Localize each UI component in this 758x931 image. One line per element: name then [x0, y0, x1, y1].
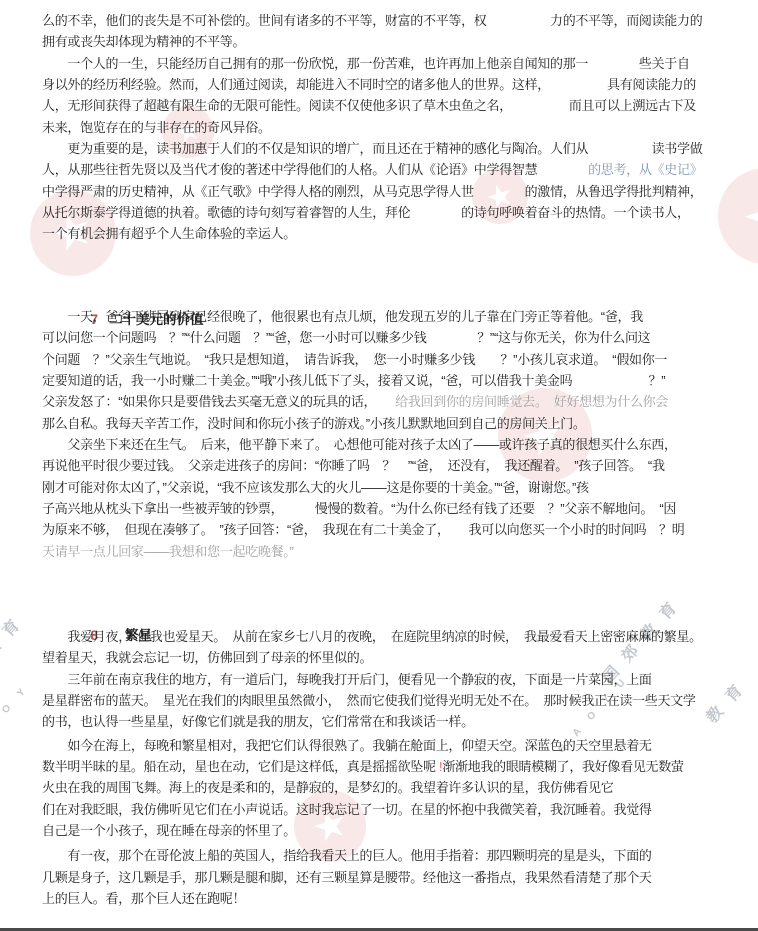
text-line: 身以外的经历利经验。然而，人们通过阅读，却能进入不同时空的诸多他人的世界。这样，…	[42, 74, 732, 95]
text-line: 可以问您一个问题吗 ？”“什么问题 ？”“爸，您一小时可以赚多少钱 ？”“这与你…	[42, 327, 732, 348]
text-line: 的书，也认得一些星星，好像它们就是我的朋友，它们常常在和我谈话一样。	[42, 711, 732, 732]
intro-paragraphs: 么的不幸，他们的丧失是不可补偿的。世间有诸多的不平等，财富的不平等，权 力的不平…	[42, 10, 732, 245]
text-run: 有一夜，那个在哥伦波上船的英国人，指给我看天上的巨人。他用手指着：那四颗明亮的星…	[42, 848, 652, 863]
text-line: 数半明半昧的星。船在动，星也在动，它们是这样低，真是摇摇欲坠呢 !渐渐地我的眼睛…	[42, 756, 732, 777]
text-run: 我爱月夜， 但我也爱星天。 从前在家乡七八月的夜晚， 在庭院里纳凉的时候， 我最…	[42, 629, 702, 644]
text-line: 那么自私。我每天辛苦工作，没时间和你玩小孩子的游戏。”小孩儿默默地回到自己的房间…	[42, 413, 732, 434]
text-run: 火虫在我的周围飞舞。海上的夜是柔和的，是静寂的，是梦幻的。我望着许多认识的星，我…	[42, 780, 614, 795]
text-line: 刚才可能对你太凶了，”父亲说，“我不应该发那么大的火儿——这是你要的十美金。”“…	[42, 477, 732, 498]
text-run: 刚才可能对你太凶了，”父亲说，“我不应该发那么大的火儿——这是你要的十美金。”“…	[42, 480, 589, 495]
document-page: ★★★★★★郊 教 育☆ A O Y国 郊 教 育G A O Y U教 育 么的…	[0, 0, 758, 931]
text-line: 有一夜，那个在哥伦波上船的英国人，指给我看天上的巨人。他用手指着：那四颗明亮的星…	[42, 845, 732, 866]
text-run: 的书，也认得一些星星，好像它们就是我的朋友，它们常常在和我谈话一样。	[42, 714, 474, 729]
text-line: 个问题 ？”父亲生气地说。 “我只是想知道， 请告诉我， 您一小时赚多少钱 ？”…	[42, 349, 732, 370]
text-run: 是星群密布的蓝天。 星光在我们的肉眼里虽然微小， 然而它使我们觉得光明无处不在。…	[42, 693, 696, 708]
section-8-body: 我爱月夜， 但我也爱星天。 从前在家乡七八月的夜晚， 在庭院里纳凉的时候， 我最…	[42, 626, 732, 909]
document-text-column: 么的不幸，他们的丧失是不可补偿的。世间有诸多的不平等，财富的不平等，权 力的不平…	[0, 0, 758, 931]
text-run: 么的不幸，他们的丧失是不可补偿的。世间有诸多的不平等，财富的不平等，权 力的不平…	[42, 13, 702, 28]
text-run: 个问题 ？”父亲生气地说。 “我只是想知道， 请告诉我， 您一小时赚多少钱 ？”…	[42, 352, 667, 367]
text-line: 定要知道的话，我一小时赚二十美金。”“哦”小孩儿低下了头，接着又说，“爸，可以借…	[42, 370, 732, 391]
paragraph: 我爱月夜， 但我也爱星天。 从前在家乡七八月的夜晚， 在庭院里纳凉的时候， 我最…	[42, 626, 732, 669]
text-run: 们在对我眨眼，我仿佛听见它们在小声说话。这时我忘记了一切。在星的怀抱中我微笑着，…	[42, 802, 652, 817]
text-line: 火虫在我的周围飞舞。海上的夜是柔和的，是静寂的，是梦幻的。我望着许多认识的星，我…	[42, 777, 732, 798]
text-run: 一个有机会拥有超乎个人生命体验的幸运人。	[42, 226, 296, 241]
text-line: 人，无形间获得了超越有限生命的无限可能性。阅读不仅使他多识了草木虫鱼之名， 而且…	[42, 95, 732, 116]
text-line: 我爱月夜， 但我也爱星天。 从前在家乡七八月的夜晚， 在庭院里纳凉的时候， 我最…	[42, 626, 732, 647]
text-run: 中学得严肃的历史精神，从《正气歌》中学得人格的刚烈，从马克思学得人世 的激情，从…	[42, 184, 702, 199]
text-line: 子高兴地从枕头下拿出一些被弄皱的钞票， 慢慢的数着。“为什么你已经有钱了还要 ？…	[42, 498, 732, 519]
text-line: 一个人的一生，只能经历自己拥有的那一份欣悦，那一份苦难，也许再加上他亲自闻知的那…	[42, 53, 732, 74]
paragraph: 三年前在南京我住的地方，有一道后门，每晚我打开后门，便看见一个静寂的夜，下面是一…	[42, 669, 732, 733]
text-run: 数半明半昧的星。船在动，星也在动，它们是这样低，真是摇摇欲坠呢	[42, 759, 439, 774]
text-run: 从托尔斯泰学得道德的执着。歌德的诗句刻写着睿智的人生，拜伦 的诗句呼唤着奋斗的热…	[42, 205, 690, 220]
highlighted-text-run: 的思考，从《史记》	[588, 162, 702, 177]
text-run: 父亲发怒了：“如果你只是要借钱去买毫无意义的玩具的话，	[42, 394, 395, 409]
text-line: 望着星天，我就会忘记一切，仿佛回到了母亲的怀里似的。	[42, 647, 732, 668]
text-line: 一天，爸爸下班回到家已经很晚了，他很累也有点儿烦，他发现五岁的儿子靠在门旁正等着…	[42, 306, 732, 327]
section-8-title: 8繁星	[42, 604, 758, 625]
text-run: 未来，饱览存在的与非存在的奇风异俗。	[42, 120, 271, 135]
text-run: 子高兴地从枕头下拿出一些被弄皱的钞票， 慢慢的数着。“为什么你已经有钱了还要 ？…	[42, 501, 676, 516]
text-run: 几颗是身子，这几颗是手，那几颗是腿和脚，还有三颗星算是腰带。经他这一番指点，我果…	[42, 870, 652, 885]
text-line: 中学得严肃的历史精神，从《正气歌》中学得人格的刚烈，从马克思学得人世 的激情，从…	[42, 181, 732, 202]
text-run: 再说他平时很少要过钱。 父亲走进孩子的房间：“你睡了吗 ？ ”“爸， 还没有， …	[42, 458, 665, 473]
text-line: 一个有机会拥有超乎个人生命体验的幸运人。	[42, 223, 732, 244]
text-line: 如今在海上，每晚和繁星相对，我把它们认得很熟了。我躺在舱面上，仰望天空。深蓝色的…	[42, 735, 732, 756]
text-run: 人，从那些往哲先贤以及当代才俊的著述中学得他们的人格。人们从《论语》中学得智慧	[42, 162, 588, 177]
text-line: 们在对我眨眼，我仿佛听见它们在小声说话。这时我忘记了一切。在星的怀抱中我微笑着，…	[42, 799, 732, 820]
text-line: 自己是一个小孩子，现在睡在母亲的怀里了。	[42, 820, 732, 841]
text-run: 可以问您一个问题吗 ？”“什么问题 ？”“爸，您一小时可以赚多少钱 ？”“这与你…	[42, 330, 650, 345]
text-line: 几颗是身子，这几颗是手，那几颗是腿和脚，还有三颗星算是腰带。经他这一番指点，我果…	[42, 867, 732, 888]
text-run: 如今在海上，每晚和繁星相对，我把它们认得很熟了。我躺在舱面上，仰望天空。深蓝色的…	[42, 738, 652, 753]
highlighted-text-run: 给我回到你的房间睡觉去。 好好想想为什么你会	[395, 394, 668, 409]
text-line: 人，从那些往哲先贤以及当代才俊的著述中学得他们的人格。人们从《论语》中学得智慧 …	[42, 159, 732, 180]
text-run: 一天，爸爸下班回到家已经很晚了，他很累也有点儿烦，他发现五岁的儿子靠在门旁正等着…	[42, 309, 643, 324]
text-line: 父亲发怒了：“如果你只是要借钱去买毫无意义的玩具的话， 给我回到你的房间睡觉去。…	[42, 391, 732, 412]
text-line: 上的巨人。看，那个巨人还在跑呢！	[42, 888, 732, 909]
text-line: 天请早一点儿回家——我想和您一起吃晚餐。”	[42, 541, 732, 562]
text-run: 为原来不够， 但现在凑够了。 ”孩子回答：“爸， 我现在有二十美金了， 我可以向…	[42, 522, 684, 537]
text-line: 拥有或丧失却体现为精神的不平等。	[42, 31, 732, 52]
text-line: 未来，饱览存在的与非存在的奇风异俗。	[42, 117, 732, 138]
text-run: 自己是一个小孩子，现在睡在母亲的怀里了。	[42, 823, 296, 838]
text-line: 更为重要的是，读书加惠于人们的不仅是知识的增广，而且还在于精神的感化与陶冶。人们…	[42, 138, 732, 159]
text-run: 三年前在南京我住的地方，有一道后门，每晚我打开后门，便看见一个静寂的夜，下面是一…	[42, 672, 652, 687]
text-line: 为原来不够， 但现在凑够了。 ”孩子回答：“爸， 我现在有二十美金了， 我可以向…	[42, 519, 732, 540]
text-run: 父亲坐下来还在生气。 后来，他平静下来了。 心想他可能对孩子太凶了——或许孩子真…	[42, 437, 677, 452]
highlighted-text-run: 天请早一点儿回家——我想和您一起吃晚餐。”	[42, 544, 294, 559]
text-line: 父亲坐下来还在生气。 后来，他平静下来了。 心想他可能对孩子太凶了——或许孩子真…	[42, 434, 732, 455]
text-line: 是星群密布的蓝天。 星光在我们的肉眼里虽然微小， 然而它使我们觉得光明无处不在。…	[42, 690, 732, 711]
text-line: 再说他平时很少要过钱。 父亲走进孩子的房间：“你睡了吗 ？ ”“爸， 还没有， …	[42, 455, 732, 476]
text-line: 从托尔斯泰学得道德的执着。歌德的诗句刻写着睿智的人生，拜伦 的诗句呼唤着奋斗的热…	[42, 202, 732, 223]
text-run: 更为重要的是，读书加惠于人们的不仅是知识的增广，而且还在于精神的感化与陶冶。人们…	[42, 141, 702, 156]
text-run: 一个人的一生，只能经历自己拥有的那一份欣悦，那一份苦难，也许再加上他亲自闻知的那…	[42, 56, 690, 71]
section-7-body: 一天，爸爸下班回到家已经很晚了，他很累也有点儿烦，他发现五岁的儿子靠在门旁正等着…	[42, 306, 732, 562]
text-run: 那么自私。我每天辛苦工作，没时间和你玩小孩子的游戏。”小孩儿默默地回到自己的房间…	[42, 416, 586, 431]
text-run: 渐渐地我的眼睛模糊了，我好像看见无数萤	[442, 759, 683, 774]
text-run: 望着星天，我就会忘记一切，仿佛回到了母亲的怀里似的。	[42, 650, 372, 665]
text-run: 身以外的经历利经验。然而，人们通过阅读，却能进入不同时空的诸多他人的世界。这样，…	[42, 77, 696, 92]
text-run: 人，无形间获得了超越有限生命的无限可能性。阅读不仅使他多识了草木虫鱼之名， 而且…	[42, 98, 696, 113]
text-run: 上的巨人。看，那个巨人还在跑呢！	[42, 891, 245, 906]
paragraph: 有一夜，那个在哥伦波上船的英国人，指给我看天上的巨人。他用手指着：那四颗明亮的星…	[42, 845, 732, 909]
text-run: 定要知道的话，我一小时赚二十美金。”“哦”小孩儿低下了头，接着又说，“爸，可以借…	[42, 373, 665, 388]
paragraph: 如今在海上，每晚和繁星相对，我把它们认得很熟了。我躺在舱面上，仰望天空。深蓝色的…	[42, 735, 732, 842]
text-line: 三年前在南京我住的地方，有一道后门，每晚我打开后门，便看见一个静寂的夜，下面是一…	[42, 669, 732, 690]
text-run: 拥有或丧失却体现为精神的不平等。	[42, 34, 245, 49]
text-line: 么的不幸，他们的丧失是不可补偿的。世间有诸多的不平等，财富的不平等，权 力的不平…	[42, 10, 732, 31]
